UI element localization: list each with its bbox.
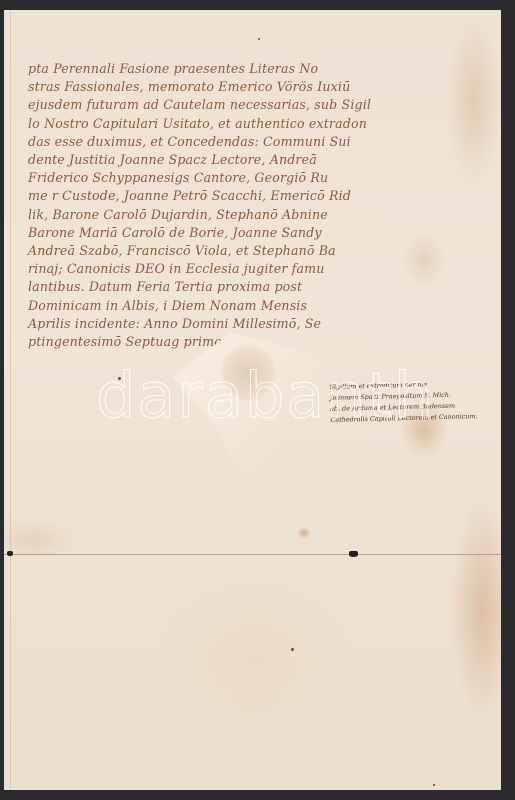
text-line: Friderico Schyppanesigs Cantore, Georgiō… [28,169,438,187]
ink-speck [258,38,260,40]
fold-hole-center [349,551,358,557]
text-line: ejusdem futuram ad Cautelam necessarias,… [28,96,438,114]
text-line: Dominicam in Albis, i Diem Nonam Mensis [28,297,438,315]
text-line: dente Justitia Joanne Spacz Lectore, And… [28,151,438,169]
seal-imprint-icon [220,345,276,401]
ink-speck [291,648,294,651]
text-line: lo Nostro Capitulari Usitato, et authent… [28,115,438,133]
fold-hole-left [7,551,13,556]
vertical-crease [10,10,11,790]
text-line: lantibus. Datum Feria Tertia proxima pos… [28,278,438,296]
text-line: rinaj; Canonicis DEO in Ecclesia jugiter… [28,260,438,278]
ink-speck [433,784,435,786]
text-line: pta Perennali Fasione praesentes Literas… [28,60,438,78]
horizontal-fold-line [4,554,501,555]
margin-annotation: Sigillum et extraditum per me Joannem Sp… [329,378,480,426]
text-line: lik, Barone Carolō Dujardin, Stephanō Ab… [28,206,438,224]
ink-speck [118,377,121,380]
manuscript-main-text: pta Perennali Fasione praesentes Literas… [28,60,438,351]
text-line: Barone Mariā Carolō de Borie, Joanne San… [28,224,438,242]
text-line: Andreā Szabō, Franciscō Viola, et Stepha… [28,242,438,260]
text-line: stras Fassionales, memorato Emerico Vörö… [28,78,438,96]
text-line: Aprilis incidente: Anno Domini Millesimō… [28,315,438,333]
text-line: me r Custode, Joanne Petrō Scacchi, Emer… [28,187,438,205]
text-line: das esse duximus, et Concedendas: Commun… [28,133,438,151]
